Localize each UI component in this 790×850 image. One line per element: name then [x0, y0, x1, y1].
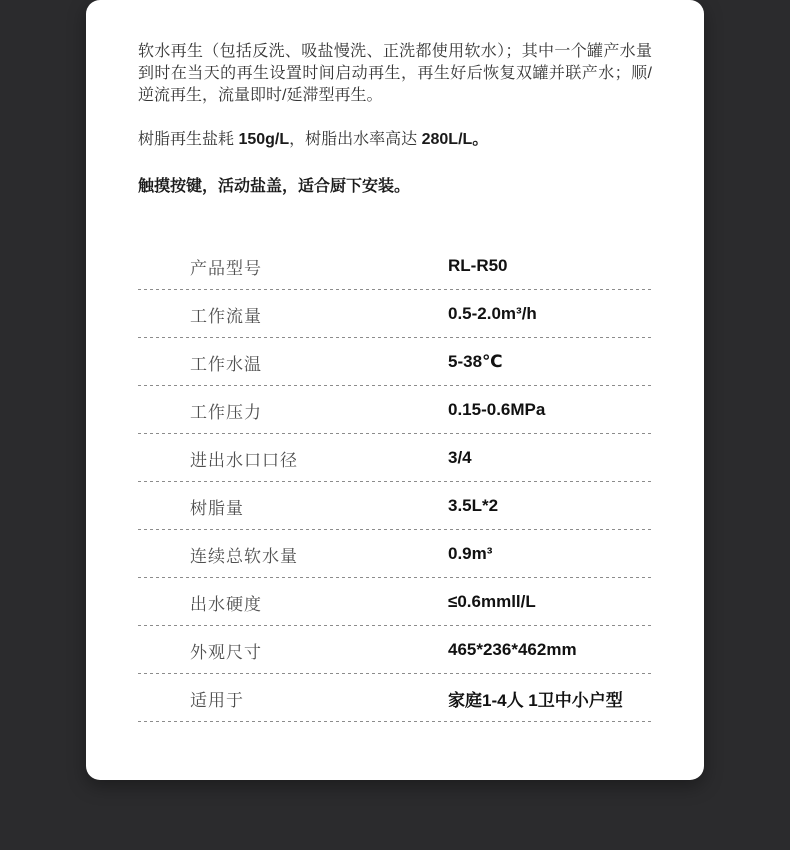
salt-consumption-line: 树脂再生盐耗 150g/L，树脂出水率高达 280L/L。 [138, 129, 652, 151]
salt-line-part2: ，树脂出水率高达 [289, 131, 421, 148]
spec-label: 外观尺寸 [138, 638, 448, 663]
spec-label: 工作水温 [138, 350, 448, 375]
spec-value: 3/4 [448, 448, 472, 468]
feature-line: 触摸按键，活动盐盖，适合厨下安装。 [138, 176, 652, 198]
spec-label: 进出水口口径 [138, 446, 448, 471]
spec-table: 产品型号 RL-R50 工作流量 0.5-2.0m³/h 工作水温 5-38℃ … [138, 242, 652, 722]
spec-row-water-temp: 工作水温 5-38℃ [138, 338, 652, 386]
spec-row-flow-rate: 工作流量 0.5-2.0m³/h [138, 290, 652, 338]
water-yield-value: 280L/L。 [422, 131, 489, 148]
spec-value: 0.9m³ [448, 544, 492, 564]
spec-label: 适用于 [138, 686, 448, 711]
spec-row-outlet-hardness: 出水硬度 ≤0.6mmll/L [138, 578, 652, 626]
product-spec-card: 软水再生（包括反洗、吸盐慢洗、正洗都使用软水）；其中一个罐产水量到时在当天的再生… [86, 0, 704, 780]
spec-label: 出水硬度 [138, 590, 448, 615]
spec-value: 家庭1-4人 1卫中小户型 [448, 686, 623, 711]
spec-row-pressure: 工作压力 0.15-0.6MPa [138, 386, 652, 434]
spec-row-soft-water-capacity: 连续总软水量 0.9m³ [138, 530, 652, 578]
salt-consumption-value: 150g/L [238, 131, 289, 148]
salt-line-part1: 树脂再生盐耗 [138, 131, 238, 148]
spec-label: 产品型号 [138, 254, 448, 279]
spec-value: 3.5L*2 [448, 496, 498, 516]
spec-row-dimensions: 外观尺寸 465*236*462mm [138, 626, 652, 674]
spec-value: 5-38℃ [448, 352, 503, 372]
spec-row-resin-amount: 树脂量 3.5L*2 [138, 482, 652, 530]
spec-value: ≤0.6mmll/L [448, 592, 536, 612]
card-content: 软水再生（包括反洗、吸盐慢洗、正洗都使用软水）；其中一个罐产水量到时在当天的再生… [86, 0, 704, 722]
spec-value: 0.15-0.6MPa [448, 400, 545, 420]
spec-row-port-diameter: 进出水口口径 3/4 [138, 434, 652, 482]
spec-label: 工作压力 [138, 398, 448, 423]
spec-label: 树脂量 [138, 494, 448, 519]
spec-row-model: 产品型号 RL-R50 [138, 242, 652, 290]
spec-label: 连续总软水量 [138, 542, 448, 567]
spec-value: 0.5-2.0m³/h [448, 304, 537, 324]
spec-value: 465*236*462mm [448, 640, 577, 660]
spec-row-suitable-for: 适用于 家庭1-4人 1卫中小户型 [138, 674, 652, 722]
regeneration-description: 软水再生（包括反洗、吸盐慢洗、正洗都使用软水）；其中一个罐产水量到时在当天的再生… [138, 41, 652, 107]
spec-value: RL-R50 [448, 256, 508, 276]
spec-label: 工作流量 [138, 302, 448, 327]
